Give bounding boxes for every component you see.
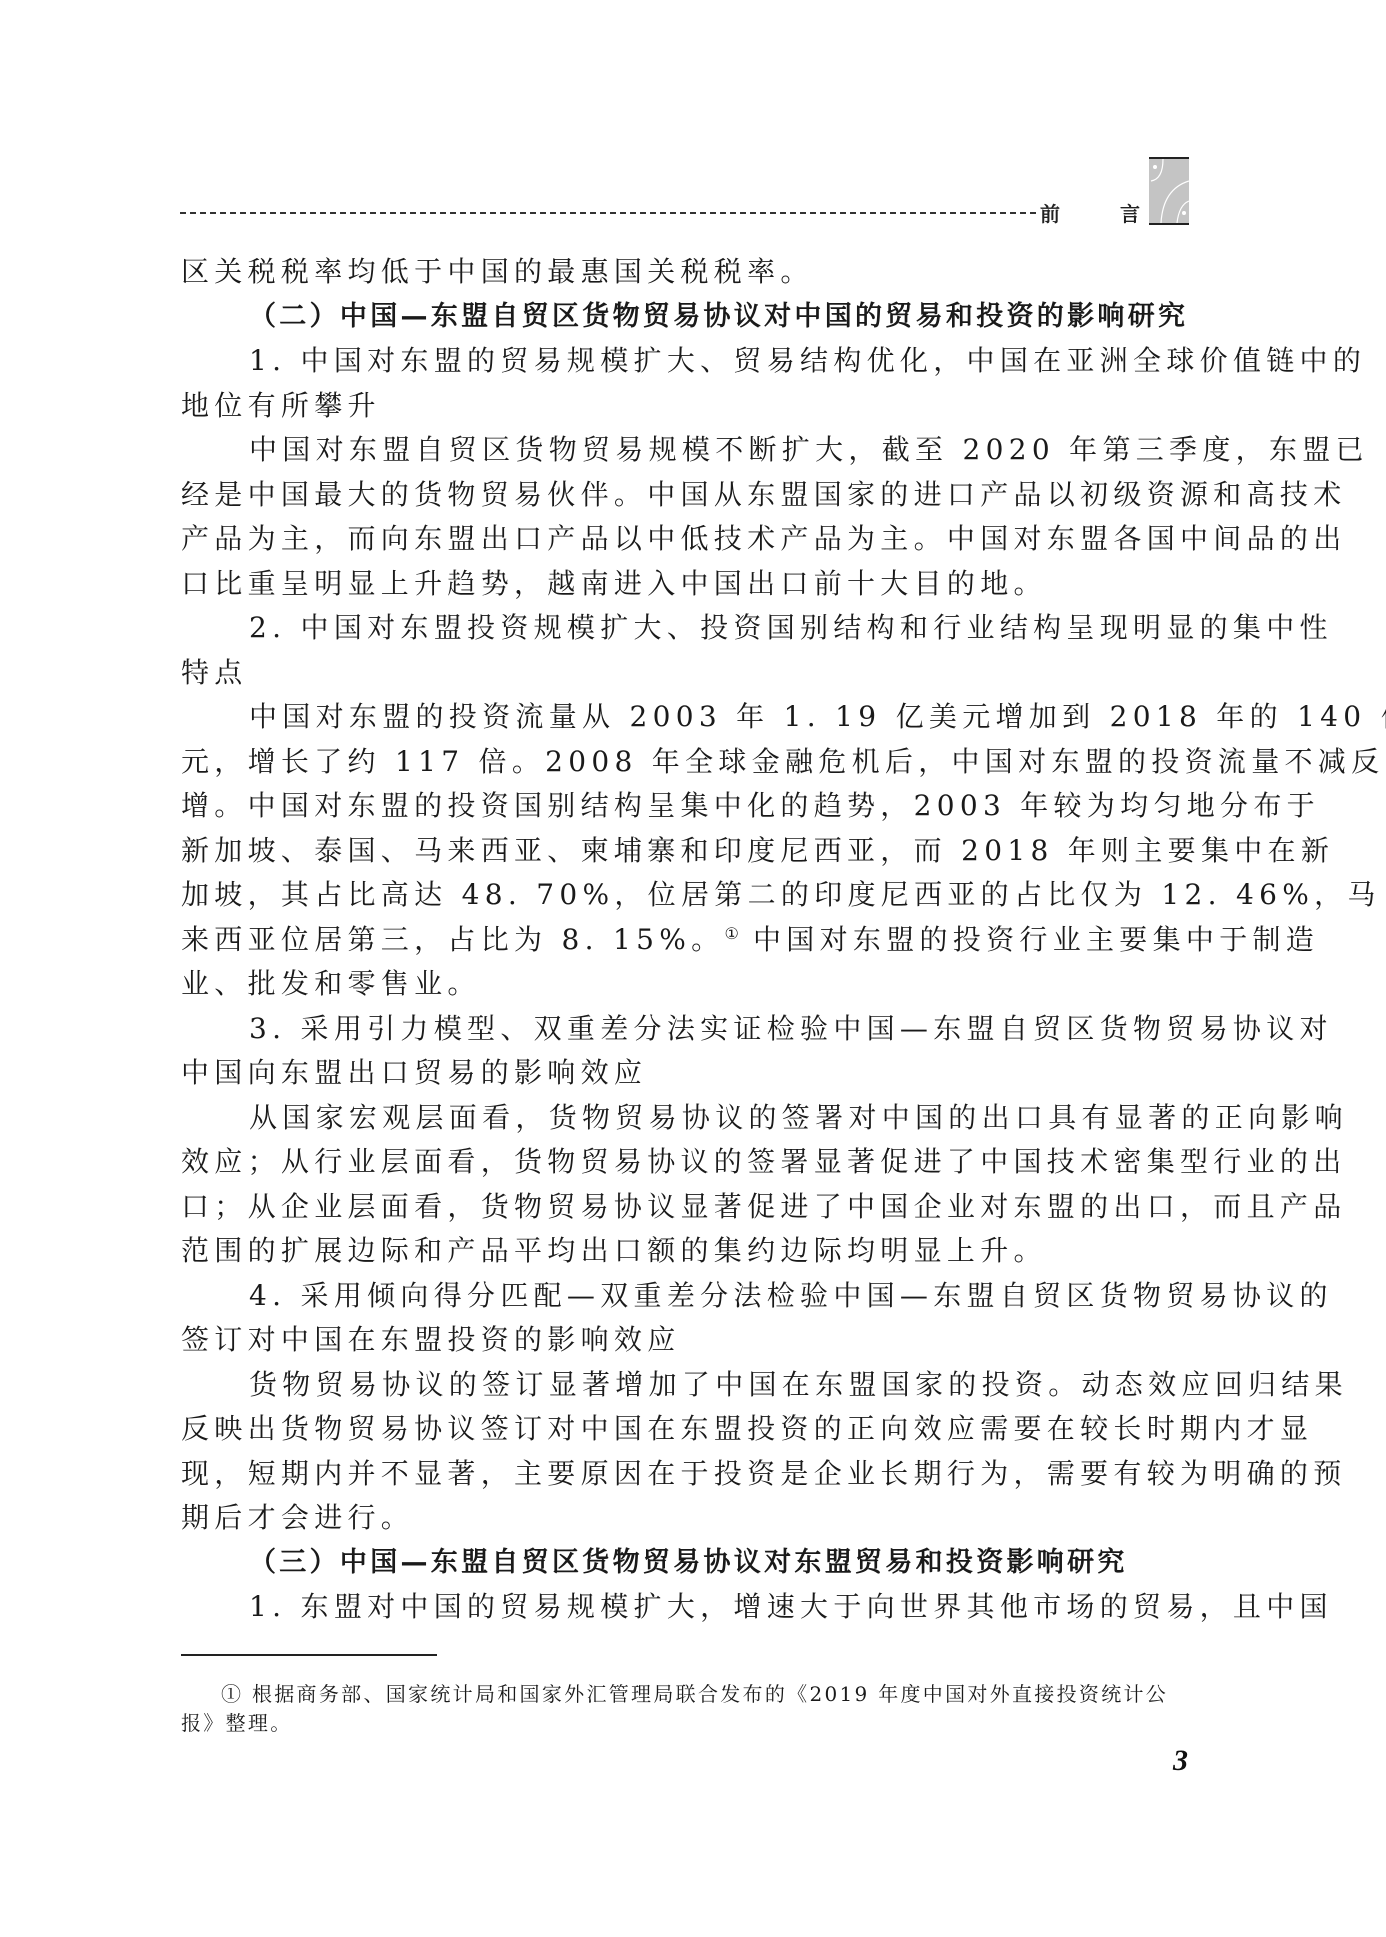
paragraph-line: 业、批发和零售业。 bbox=[181, 962, 1205, 1007]
footnote-reference[interactable]: ① bbox=[724, 924, 738, 943]
section-heading-2: （二）中国—东盟自贸区货物贸易协议对中国的贸易和投资的影响研究 bbox=[181, 295, 1205, 340]
subheading-line: 1. 东盟对中国的贸易规模扩大，增速大于向世界其他市场的贸易，且中国 bbox=[181, 1585, 1205, 1630]
paragraph-line: 现，短期内并不显著，主要原因在于投资是企业长期行为，需要有较为明确的预 bbox=[181, 1452, 1205, 1497]
section-heading-3: （三）中国—东盟自贸区货物贸易协议对东盟贸易和投资影响研究 bbox=[181, 1541, 1205, 1586]
running-header-title: 前 言 bbox=[1040, 198, 1140, 227]
subheading-line: 特点 bbox=[181, 651, 1205, 696]
footnote-line: 报》整理。 bbox=[181, 1709, 1205, 1738]
paragraph-line: 期后才会进行。 bbox=[181, 1496, 1205, 1541]
paragraph-line: 区关税税率均低于中国的最惠国关税税率。 bbox=[181, 250, 1205, 295]
subheading-line: 1. 中国对东盟的贸易规模扩大、贸易结构优化，中国在亚洲全球价值链中的 bbox=[181, 339, 1205, 384]
paragraph-line: 经是中国最大的货物贸易伙伴。中国从东盟国家的进口产品以初级资源和高技术 bbox=[181, 473, 1205, 518]
paragraph-line: 加坡，其占比高达 48. 70%，位居第二的印度尼西亚的占比仅为 12. 46%… bbox=[181, 873, 1205, 918]
subheading-line: 地位有所攀升 bbox=[181, 384, 1205, 429]
subheading-line: 4. 采用倾向得分匹配—双重差分法检验中国—东盟自贸区货物贸易协议的 bbox=[181, 1274, 1205, 1319]
paragraph-line: 来西亚位居第三，占比为 8. 15%。① 中国对东盟的投资行业主要集中于制造 bbox=[181, 918, 1205, 963]
header-dashed-rule bbox=[180, 212, 1036, 214]
paragraph-line: 效应；从行业层面看，货物贸易协议的签署显著促进了中国技术密集型行业的出 bbox=[181, 1140, 1205, 1185]
paragraph-line: 范围的扩展边际和产品平均出口额的集约边际均明显上升。 bbox=[181, 1229, 1205, 1274]
body-text: 区关税税率均低于中国的最惠国关税税率。 （二）中国—东盟自贸区货物贸易协议对中国… bbox=[181, 250, 1205, 1630]
paragraph-line: 增。中国对东盟的投资国别结构呈集中化的趋势，2003 年较为均匀地分布于 bbox=[181, 784, 1205, 829]
line-text: 来西亚位居第三，占比为 8. 15%。 bbox=[181, 923, 724, 956]
paragraph-line: 元，增长了约 117 倍。2008 年全球金融危机后，中国对东盟的投资流量不减反 bbox=[181, 740, 1205, 785]
paragraph-line: 中国对东盟的投资流量从 2003 年 1. 19 亿美元增加到 2018 年的 … bbox=[181, 695, 1205, 740]
paragraph-line: 口；从企业层面看，货物贸易协议显著促进了中国企业对东盟的出口，而且产品 bbox=[181, 1185, 1205, 1230]
running-header-char-2: 言 bbox=[1120, 198, 1140, 227]
chapter-ornament-icon bbox=[1149, 157, 1189, 225]
page-number: 3 bbox=[1173, 1744, 1188, 1778]
running-header-char-1: 前 bbox=[1040, 198, 1060, 227]
paragraph-line: 口比重呈明显上升趋势，越南进入中国出口前十大目的地。 bbox=[181, 562, 1205, 607]
paragraph-line: 产品为主，而向东盟出口产品以中低技术产品为主。中国对东盟各国中间品的出 bbox=[181, 517, 1205, 562]
footnote-block: ① 根据商务部、国家统计局和国家外汇管理局联合发布的《2019 年度中国对外直接… bbox=[181, 1680, 1205, 1738]
subheading-line: 2. 中国对东盟投资规模扩大、投资国别结构和行业结构呈现明显的集中性 bbox=[181, 606, 1205, 651]
subheading-line: 签订对中国在东盟投资的影响效应 bbox=[181, 1318, 1205, 1363]
subheading-line: 中国向东盟出口贸易的影响效应 bbox=[181, 1051, 1205, 1096]
line-text-continued: 中国对东盟的投资行业主要集中于制造 bbox=[739, 923, 1319, 956]
subheading-line: 3. 采用引力模型、双重差分法实证检验中国—东盟自贸区货物贸易协议对 bbox=[181, 1007, 1205, 1052]
paragraph-line: 反映出货物贸易协议签订对中国在东盟投资的正向效应需要在较长时期内才显 bbox=[181, 1407, 1205, 1452]
paragraph-line: 从国家宏观层面看，货物贸易协议的签署对中国的出口具有显著的正向影响 bbox=[181, 1096, 1205, 1141]
paragraph-line: 新加坡、泰国、马来西亚、柬埔寨和印度尼西亚，而 2018 年则主要集中在新 bbox=[181, 829, 1205, 874]
paragraph-line: 货物贸易协议的签订显著增加了中国在东盟国家的投资。动态效应回归结果 bbox=[181, 1363, 1205, 1408]
paragraph-line: 中国对东盟自贸区货物贸易规模不断扩大，截至 2020 年第三季度，东盟已 bbox=[181, 428, 1205, 473]
footnote-line: ① 根据商务部、国家统计局和国家外汇管理局联合发布的《2019 年度中国对外直接… bbox=[181, 1680, 1205, 1709]
footnote-separator bbox=[181, 1654, 437, 1656]
